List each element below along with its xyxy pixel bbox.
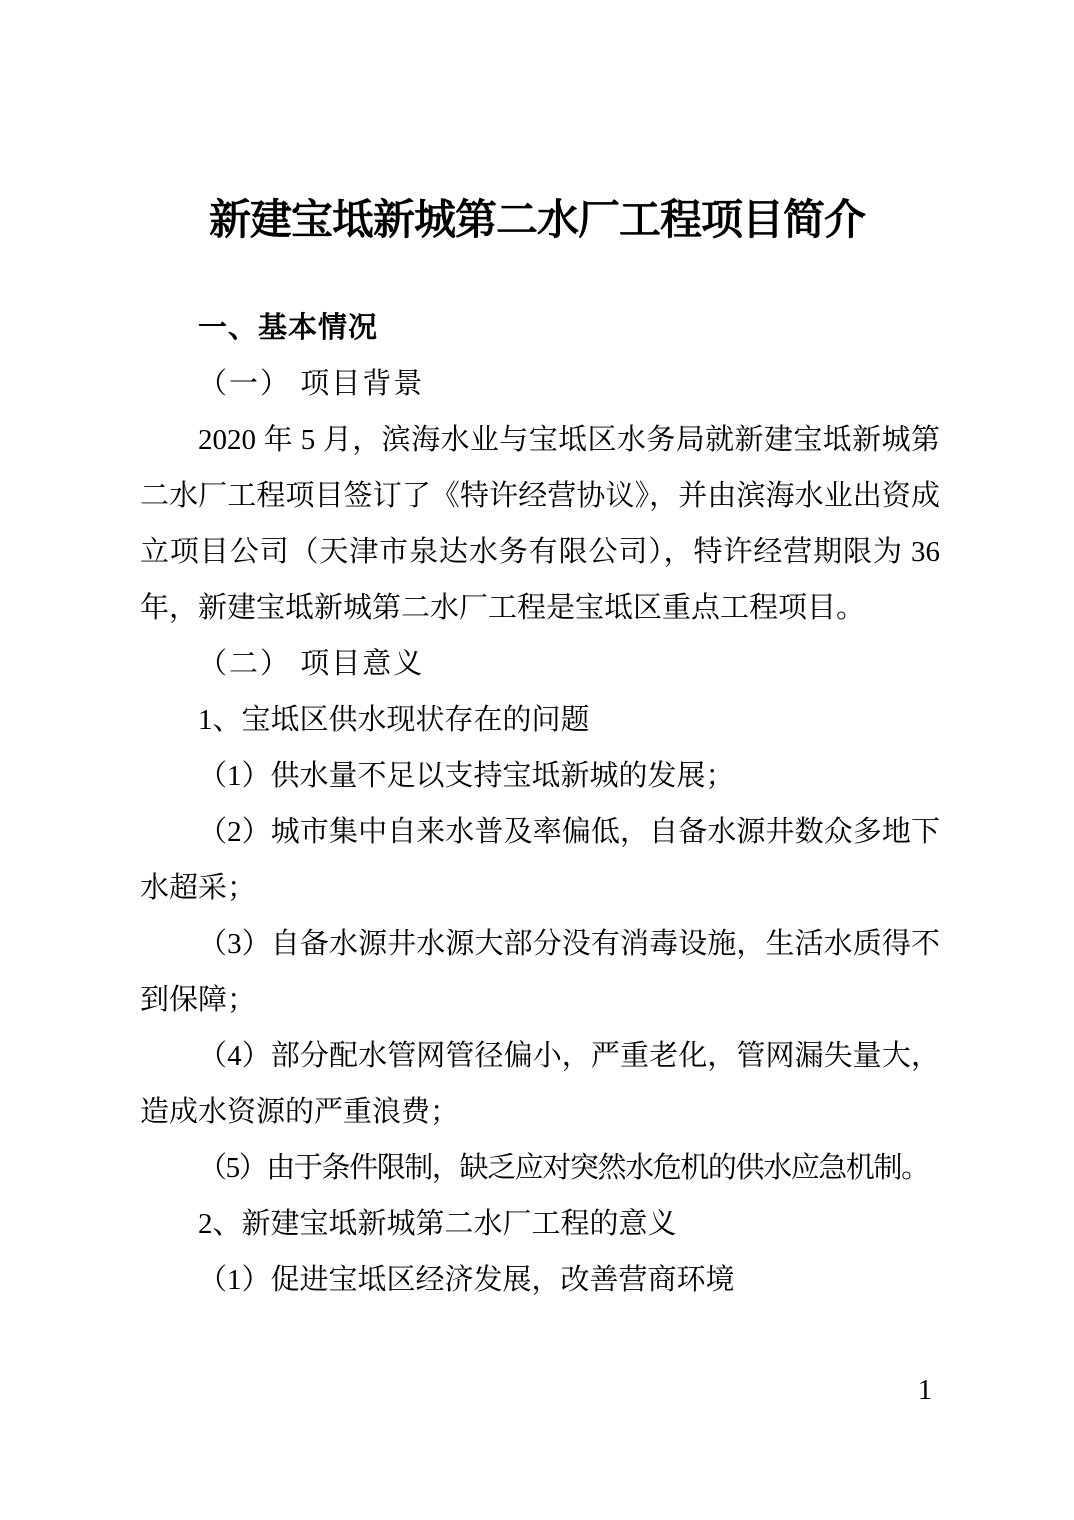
body-paragraph: 1、宝坻区供水现状存在的问题 xyxy=(140,692,940,748)
body-paragraph: （1）促进宝坻区经济发展，改善营商环境 xyxy=(140,1252,940,1308)
document-title: 新建宝坻新城第二水厂工程项目简介 xyxy=(137,192,937,250)
document-body: 一、基本情况（一） 项目背景2020 年 5 月，滨海水业与宝坻区水务局就新建宝… xyxy=(140,300,940,1308)
subsection-heading: （一） 项目背景 xyxy=(140,356,940,412)
body-paragraph: （4）部分配水管网管径偏小，严重老化，管网漏失量大，造成水资源的严重浪费； xyxy=(140,1028,940,1140)
body-paragraph: （2）城市集中自来水普及率偏低，自备水源井数众多地下水超采； xyxy=(140,804,940,916)
body-paragraph: 2、新建宝坻新城第二水厂工程的意义 xyxy=(140,1196,940,1252)
body-paragraph: 2020 年 5 月，滨海水业与宝坻区水务局就新建宝坻新城第二水厂工程项目签订了… xyxy=(140,412,940,636)
page-number: 1 xyxy=(905,1372,945,1408)
document-page: 新建宝坻新城第二水厂工程项目简介 一、基本情况（一） 项目背景2020 年 5 … xyxy=(0,0,1074,1520)
section-heading: 一、基本情况 xyxy=(140,300,940,356)
subsection-heading: （二） 项目意义 xyxy=(140,636,940,692)
body-paragraph: （1）供水量不足以支持宝坻新城的发展； xyxy=(140,748,940,804)
body-paragraph: （5）由于条件限制，缺乏应对突然水危机的供水应急机制。 xyxy=(140,1140,940,1196)
body-paragraph: （3）自备水源井水源大部分没有消毒设施，生活水质得不到保障； xyxy=(140,916,940,1028)
